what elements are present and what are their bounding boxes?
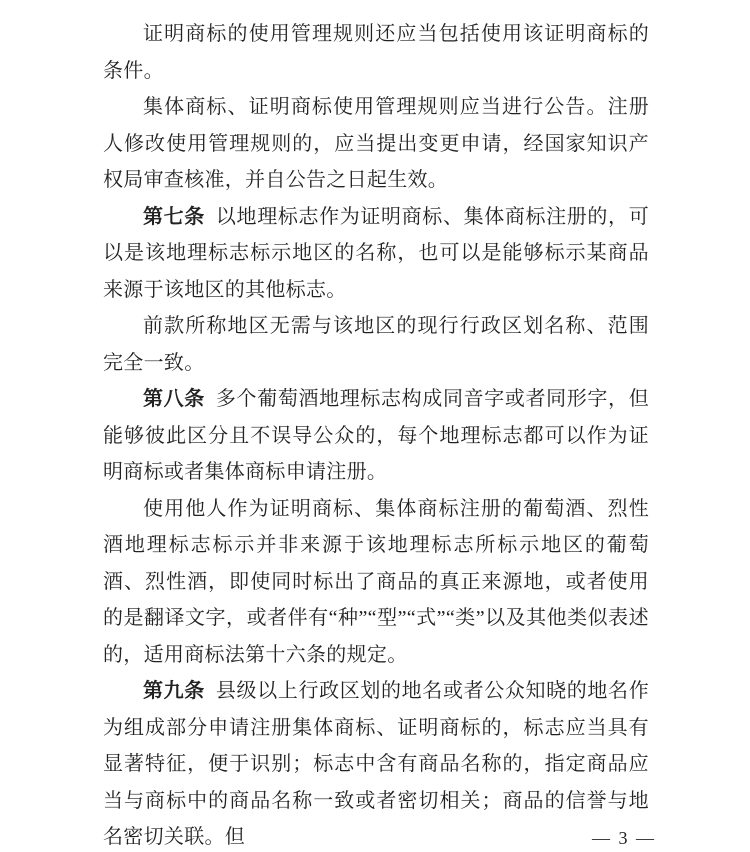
paragraph-text: 使用他人作为证明商标、集体商标注册的葡萄酒、烈性酒地理标志标示并非来源于该地理标… [103,498,649,666]
paragraph-text: 县级以上行政区划的地名或者公众知晓的地名作为组成部分申请注册集体商标、证明商标的… [103,680,649,848]
paragraph: 证明商标的使用管理规则还应当包括使用该证明商标的条件。 [103,16,649,89]
document-page: 证明商标的使用管理规则还应当包括使用该证明商标的条件。 集体商标、证明商标使用管… [0,0,750,852]
article-number: 第七条 [143,206,205,228]
paragraph: 第七条以地理标志作为证明商标、集体商标注册的，可以是该地理标志标示地区的名称，也… [103,199,649,309]
page-number: — 3 — [592,828,656,848]
paragraph-text: 前款所称地区无需与该地区的现行行政区划名称、范围完全一致。 [103,315,649,374]
paragraph-text: 证明商标的使用管理规则还应当包括使用该证明商标的条件。 [103,23,649,82]
paragraph: 前款所称地区无需与该地区的现行行政区划名称、范围完全一致。 [103,308,649,381]
paragraph: 集体商标、证明商标使用管理规则应当进行公告。注册人修改使用管理规则的，应当提出变… [103,89,649,199]
article-number: 第九条 [143,680,205,702]
paragraph: 第八条多个葡萄酒地理标志构成同音字或者同形字，但能够彼此区分且不误导公众的，每个… [103,381,649,491]
paragraph: 使用他人作为证明商标、集体商标注册的葡萄酒、烈性酒地理标志标示并非来源于该地理标… [103,491,649,674]
article-number: 第八条 [143,388,205,410]
paragraph: 第九条县级以上行政区划的地名或者公众知晓的地名作为组成部分申请注册集体商标、证明… [103,673,649,852]
document-body: 证明商标的使用管理规则还应当包括使用该证明商标的条件。 集体商标、证明商标使用管… [103,16,649,852]
paragraph-text: 集体商标、证明商标使用管理规则应当进行公告。注册人修改使用管理规则的，应当提出变… [103,96,649,191]
